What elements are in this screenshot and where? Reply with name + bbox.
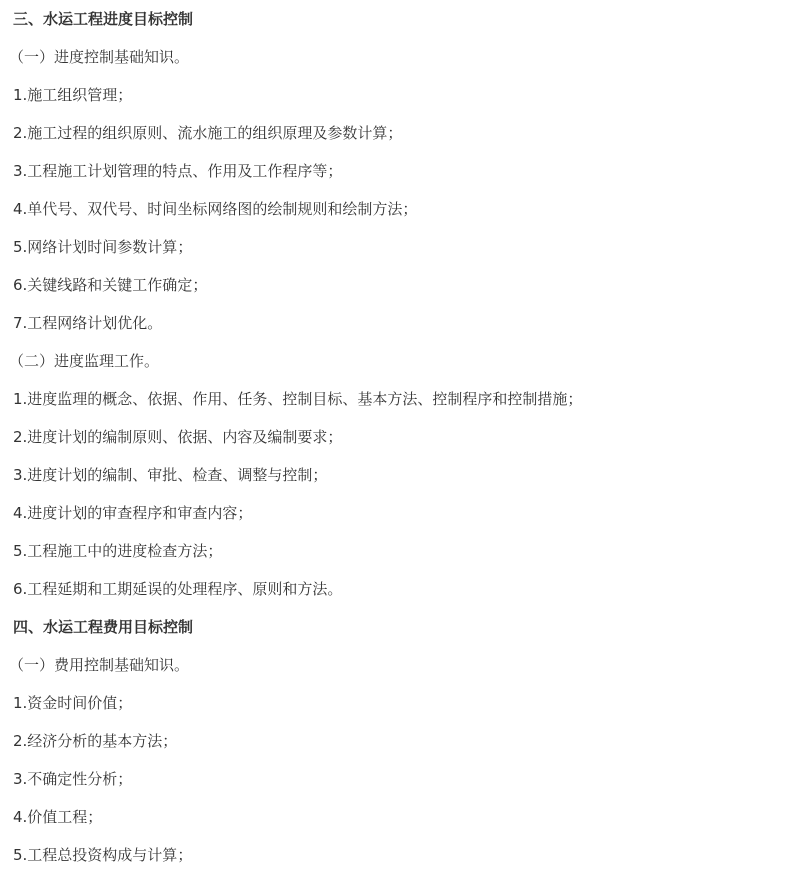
list-item: 2.经济分析的基本方法； bbox=[13, 722, 787, 760]
list-item: 3.不确定性分析； bbox=[13, 760, 787, 798]
list-item: 2.进度计划的编制原则、依据、内容及编制要求； bbox=[13, 418, 787, 456]
list-item: 4.价值工程； bbox=[13, 798, 787, 836]
list-item: 6.工程延期和工期延误的处理程序、原则和方法。 bbox=[13, 570, 787, 608]
list-item: 1.进度监理的概念、依据、作用、任务、控制目标、基本方法、控制程序和控制措施； bbox=[13, 380, 787, 418]
list-item: 7.工程网络计划优化。 bbox=[13, 304, 787, 342]
subsection-title: （一）费用控制基础知识。 bbox=[9, 646, 787, 684]
list-item: 5.工程施工中的进度检查方法； bbox=[13, 532, 787, 570]
list-item: 6.关键线路和关键工作确定； bbox=[13, 266, 787, 304]
section-heading: 三、水运工程进度目标控制 bbox=[13, 0, 787, 38]
article-body: 三、水运工程进度目标控制 （一）进度控制基础知识。 1.施工组织管理； 2.施工… bbox=[0, 0, 787, 874]
section-heading: 四、水运工程费用目标控制 bbox=[13, 608, 787, 646]
list-item: 1.资金时间价值； bbox=[13, 684, 787, 722]
list-item: 4.单代号、双代号、时间坐标网络图的绘制规则和绘制方法； bbox=[13, 190, 787, 228]
list-item: 5.网络计划时间参数计算； bbox=[13, 228, 787, 266]
subsection-title: （二）进度监理工作。 bbox=[9, 342, 787, 380]
list-item: 1.施工组织管理； bbox=[13, 76, 787, 114]
subsection-title: （一）进度控制基础知识。 bbox=[9, 38, 787, 76]
list-item: 5.工程总投资构成与计算； bbox=[13, 836, 787, 874]
list-item: 3.工程施工计划管理的特点、作用及工作程序等； bbox=[13, 152, 787, 190]
list-item: 4.进度计划的审查程序和审查内容； bbox=[13, 494, 787, 532]
list-item: 2.施工过程的组织原则、流水施工的组织原理及参数计算； bbox=[13, 114, 787, 152]
list-item: 3.进度计划的编制、审批、检查、调整与控制； bbox=[13, 456, 787, 494]
